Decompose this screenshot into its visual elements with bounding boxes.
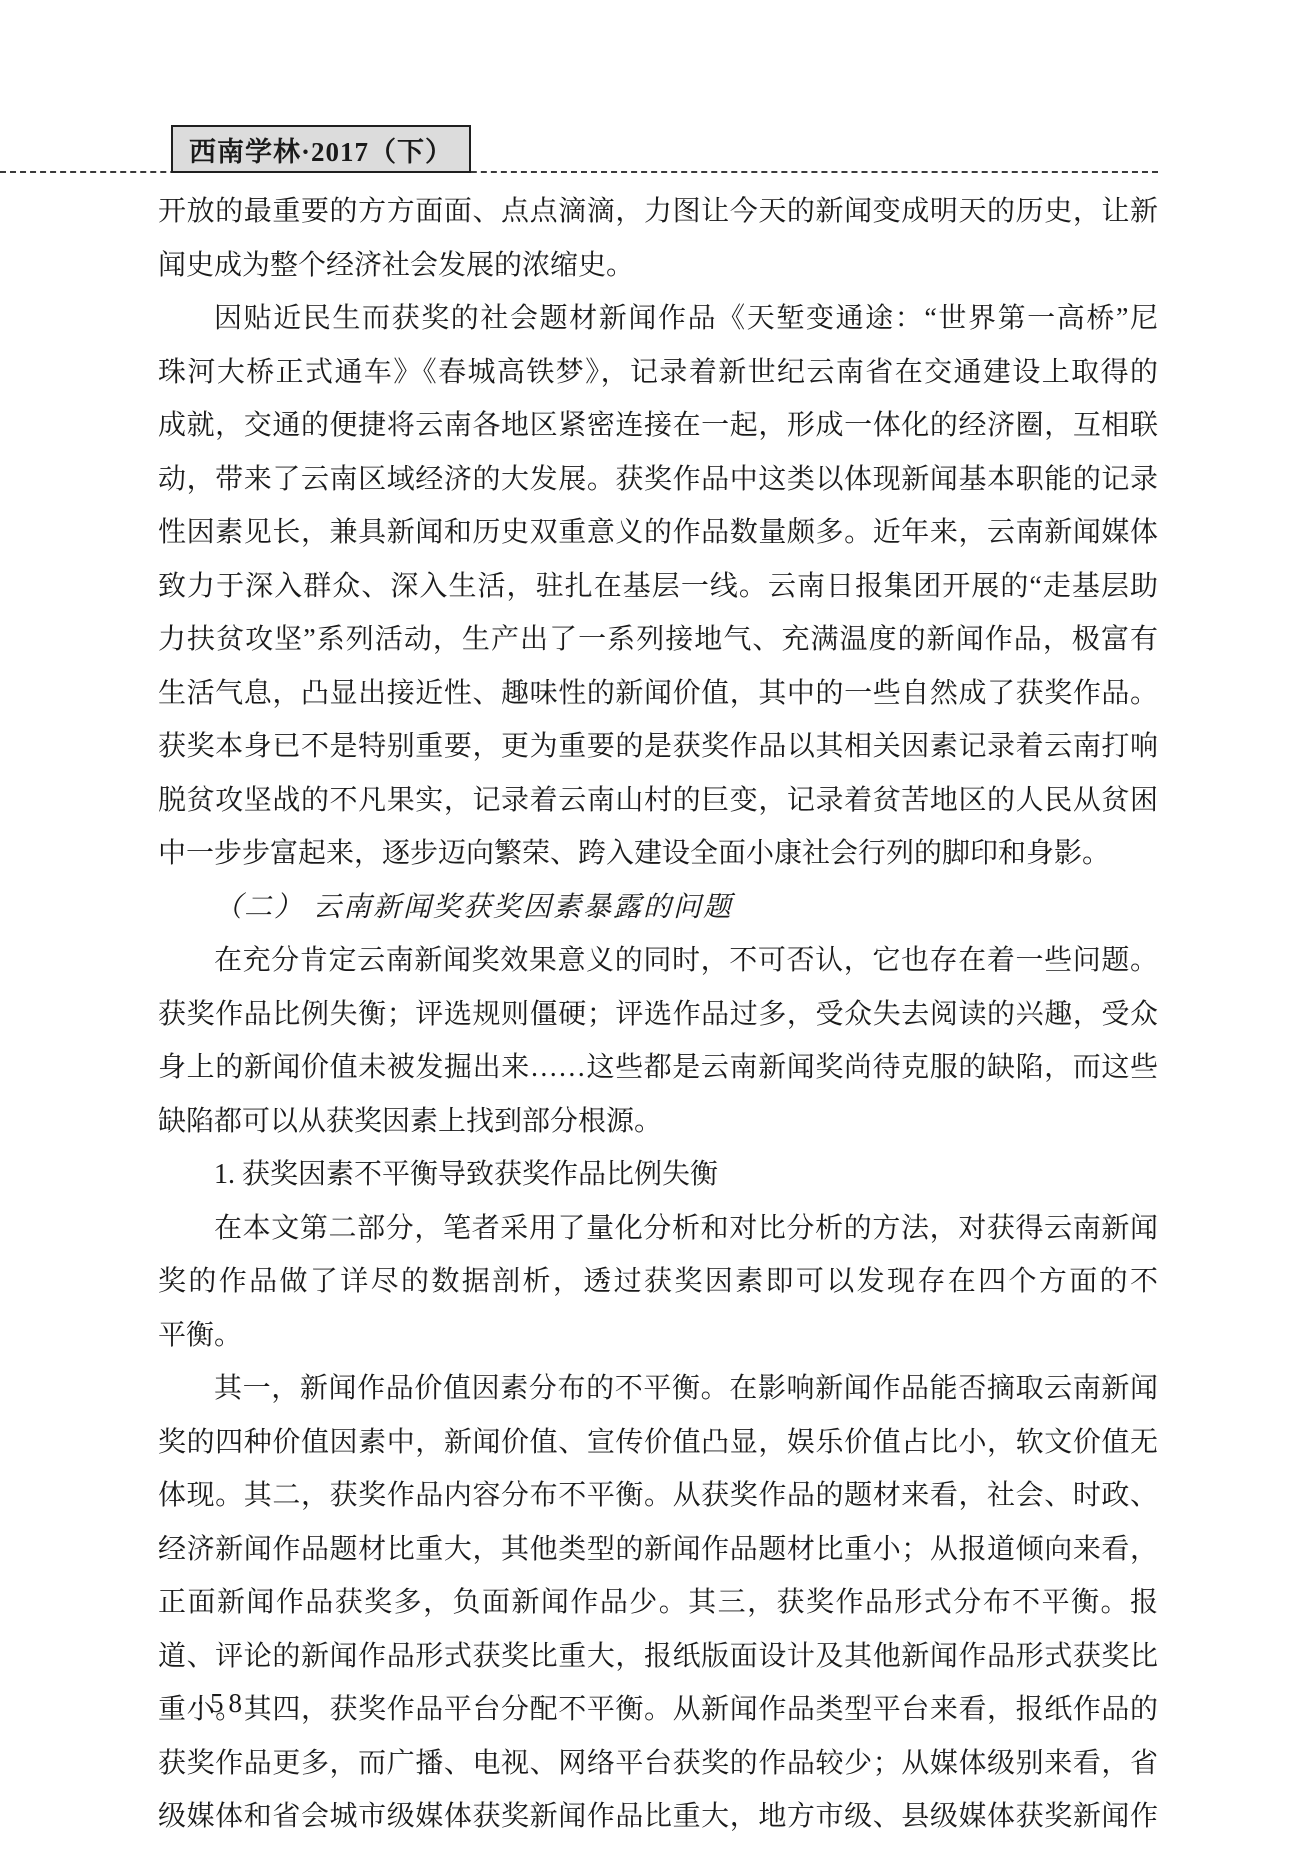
paragraph: 开放的最重要的方方面面、点点滴滴，力图让今天的新闻变成明天的历史，让新闻史成为整…	[158, 185, 1158, 292]
paragraph: 在本文第二部分，笔者采用了量化分析和对比分析的方法，对获得云南新闻奖的作品做了详…	[158, 1202, 1158, 1363]
text-line: 奖的作品做了详尽的数据剖析，透过获奖因素即可以发现存在四个方面的不	[158, 1255, 1158, 1309]
running-head-box: 西南学林·2017（下）	[171, 125, 471, 173]
text-line: 闻史成为整个经济社会发展的浓缩史。	[158, 239, 1158, 293]
text-line: 获奖本身已不是特别重要，更为重要的是获奖作品以其相关因素记录着云南打响	[158, 720, 1158, 774]
book-page: { "page": { "header_title": "西南学林·2017（下…	[0, 0, 1307, 1859]
text-line: 正面新闻作品获奖多，负面新闻作品少。其三，获奖作品形式分布不平衡。报	[158, 1576, 1158, 1630]
text-line: 奖的四种价值因素中，新闻价值、宣传价值凸显，娱乐价值占比小，软文价值无	[158, 1416, 1158, 1470]
text-line: 平衡。	[158, 1309, 1158, 1363]
text-line: 级媒体和省会城市级媒体获奖新闻作品比重大，地方市级、县级媒体获奖新闻作	[158, 1790, 1158, 1844]
text-line: 体现。其二，获奖作品内容分布不平衡。从获奖作品的题材来看，社会、时政、	[158, 1469, 1158, 1523]
text-line: 经济新闻作品题材比重大，其他类型的新闻作品题材比重小；从报道倾向来看，	[158, 1523, 1158, 1577]
text-line: 因贴近民生而获奖的社会题材新闻作品《天堑变通途：“世界第一高桥”尼	[158, 292, 1158, 346]
text-line: 重小。其四，获奖作品平台分配不平衡。从新闻作品类型平台来看，报纸作品的	[158, 1683, 1158, 1737]
page-number: ·58·	[196, 1688, 261, 1719]
text-line: 在充分肯定云南新闻奖效果意义的同时，不可否认，它也存在着一些问题。	[158, 934, 1158, 988]
text-line: 获奖作品比例失衡；评选规则僵硬；评选作品过多，受众失去阅读的兴趣，受众	[158, 988, 1158, 1042]
text-line: 脱贫攻坚战的不凡果实，记录着云南山村的巨变，记录着贫苦地区的人民从贫困	[158, 774, 1158, 828]
text-line: 其一，新闻作品价值因素分布的不平衡。在影响新闻作品能否摘取云南新闻	[158, 1362, 1158, 1416]
text-line: 中一步步富起来，逐步迈向繁荣、跨入建设全面小康社会行列的脚印和身影。	[158, 827, 1158, 881]
heading-kai: （二） 云南新闻奖获奖因素暴露的问题	[158, 881, 1158, 935]
paragraph: 其一，新闻作品价值因素分布的不平衡。在影响新闻作品能否摘取云南新闻奖的四种价值因…	[158, 1362, 1158, 1844]
running-head-title: 西南学林·2017（下）	[189, 130, 453, 169]
text-line: （二） 云南新闻奖获奖因素暴露的问题	[158, 881, 1158, 935]
text-line: 致力于深入群众、深入生活，驻扎在基层一线。云南日报集团开展的“走基层助	[158, 560, 1158, 614]
text-line: 珠河大桥正式通车》《春城高铁梦》，记录着新世纪云南省在交通建设上取得的	[158, 346, 1158, 400]
text-line: 道、评论的新闻作品形式获奖比重大，报纸版面设计及其他新闻作品形式获奖比	[158, 1630, 1158, 1684]
paragraph: 因贴近民生而获奖的社会题材新闻作品《天堑变通途：“世界第一高桥”尼珠河大桥正式通…	[158, 292, 1158, 881]
subheading: 1. 获奖因素不平衡导致获奖作品比例失衡	[158, 1148, 1158, 1202]
text-line: 力扶贫攻坚”系列活动，生产出了一系列接地气、充满温度的新闻作品，极富有	[158, 613, 1158, 667]
text-line: 缺陷都可以从获奖因素上找到部分根源。	[158, 1095, 1158, 1149]
text-line: 性因素见长，兼具新闻和历史双重意义的作品数量颇多。近年来，云南新闻媒体	[158, 506, 1158, 560]
text-line: 生活气息，凸显出接近性、趣味性的新闻价值，其中的一些自然成了获奖作品。	[158, 667, 1158, 721]
text-line: 在本文第二部分，笔者采用了量化分析和对比分析的方法，对获得云南新闻	[158, 1202, 1158, 1256]
paragraph: 在充分肯定云南新闻奖效果意义的同时，不可否认，它也存在着一些问题。获奖作品比例失…	[158, 934, 1158, 1148]
text-line: 动，带来了云南区域经济的大发展。获奖作品中这类以体现新闻基本职能的记录	[158, 453, 1158, 507]
text-line: 成就，交通的便捷将云南各地区紧密连接在一起，形成一体化的经济圈，互相联	[158, 399, 1158, 453]
text-line: 获奖作品更多，而广播、电视、网络平台获奖的作品较少；从媒体级别来看，省	[158, 1737, 1158, 1791]
text-line: 身上的新闻价值未被发掘出来……这些都是云南新闻奖尚待克服的缺陷，而这些	[158, 1041, 1158, 1095]
text-line: 开放的最重要的方方面面、点点滴滴，力图让今天的新闻变成明天的历史，让新	[158, 185, 1158, 239]
body-text: 开放的最重要的方方面面、点点滴滴，力图让今天的新闻变成明天的历史，让新闻史成为整…	[158, 185, 1158, 1844]
text-line: 1. 获奖因素不平衡导致获奖作品比例失衡	[158, 1148, 1158, 1202]
